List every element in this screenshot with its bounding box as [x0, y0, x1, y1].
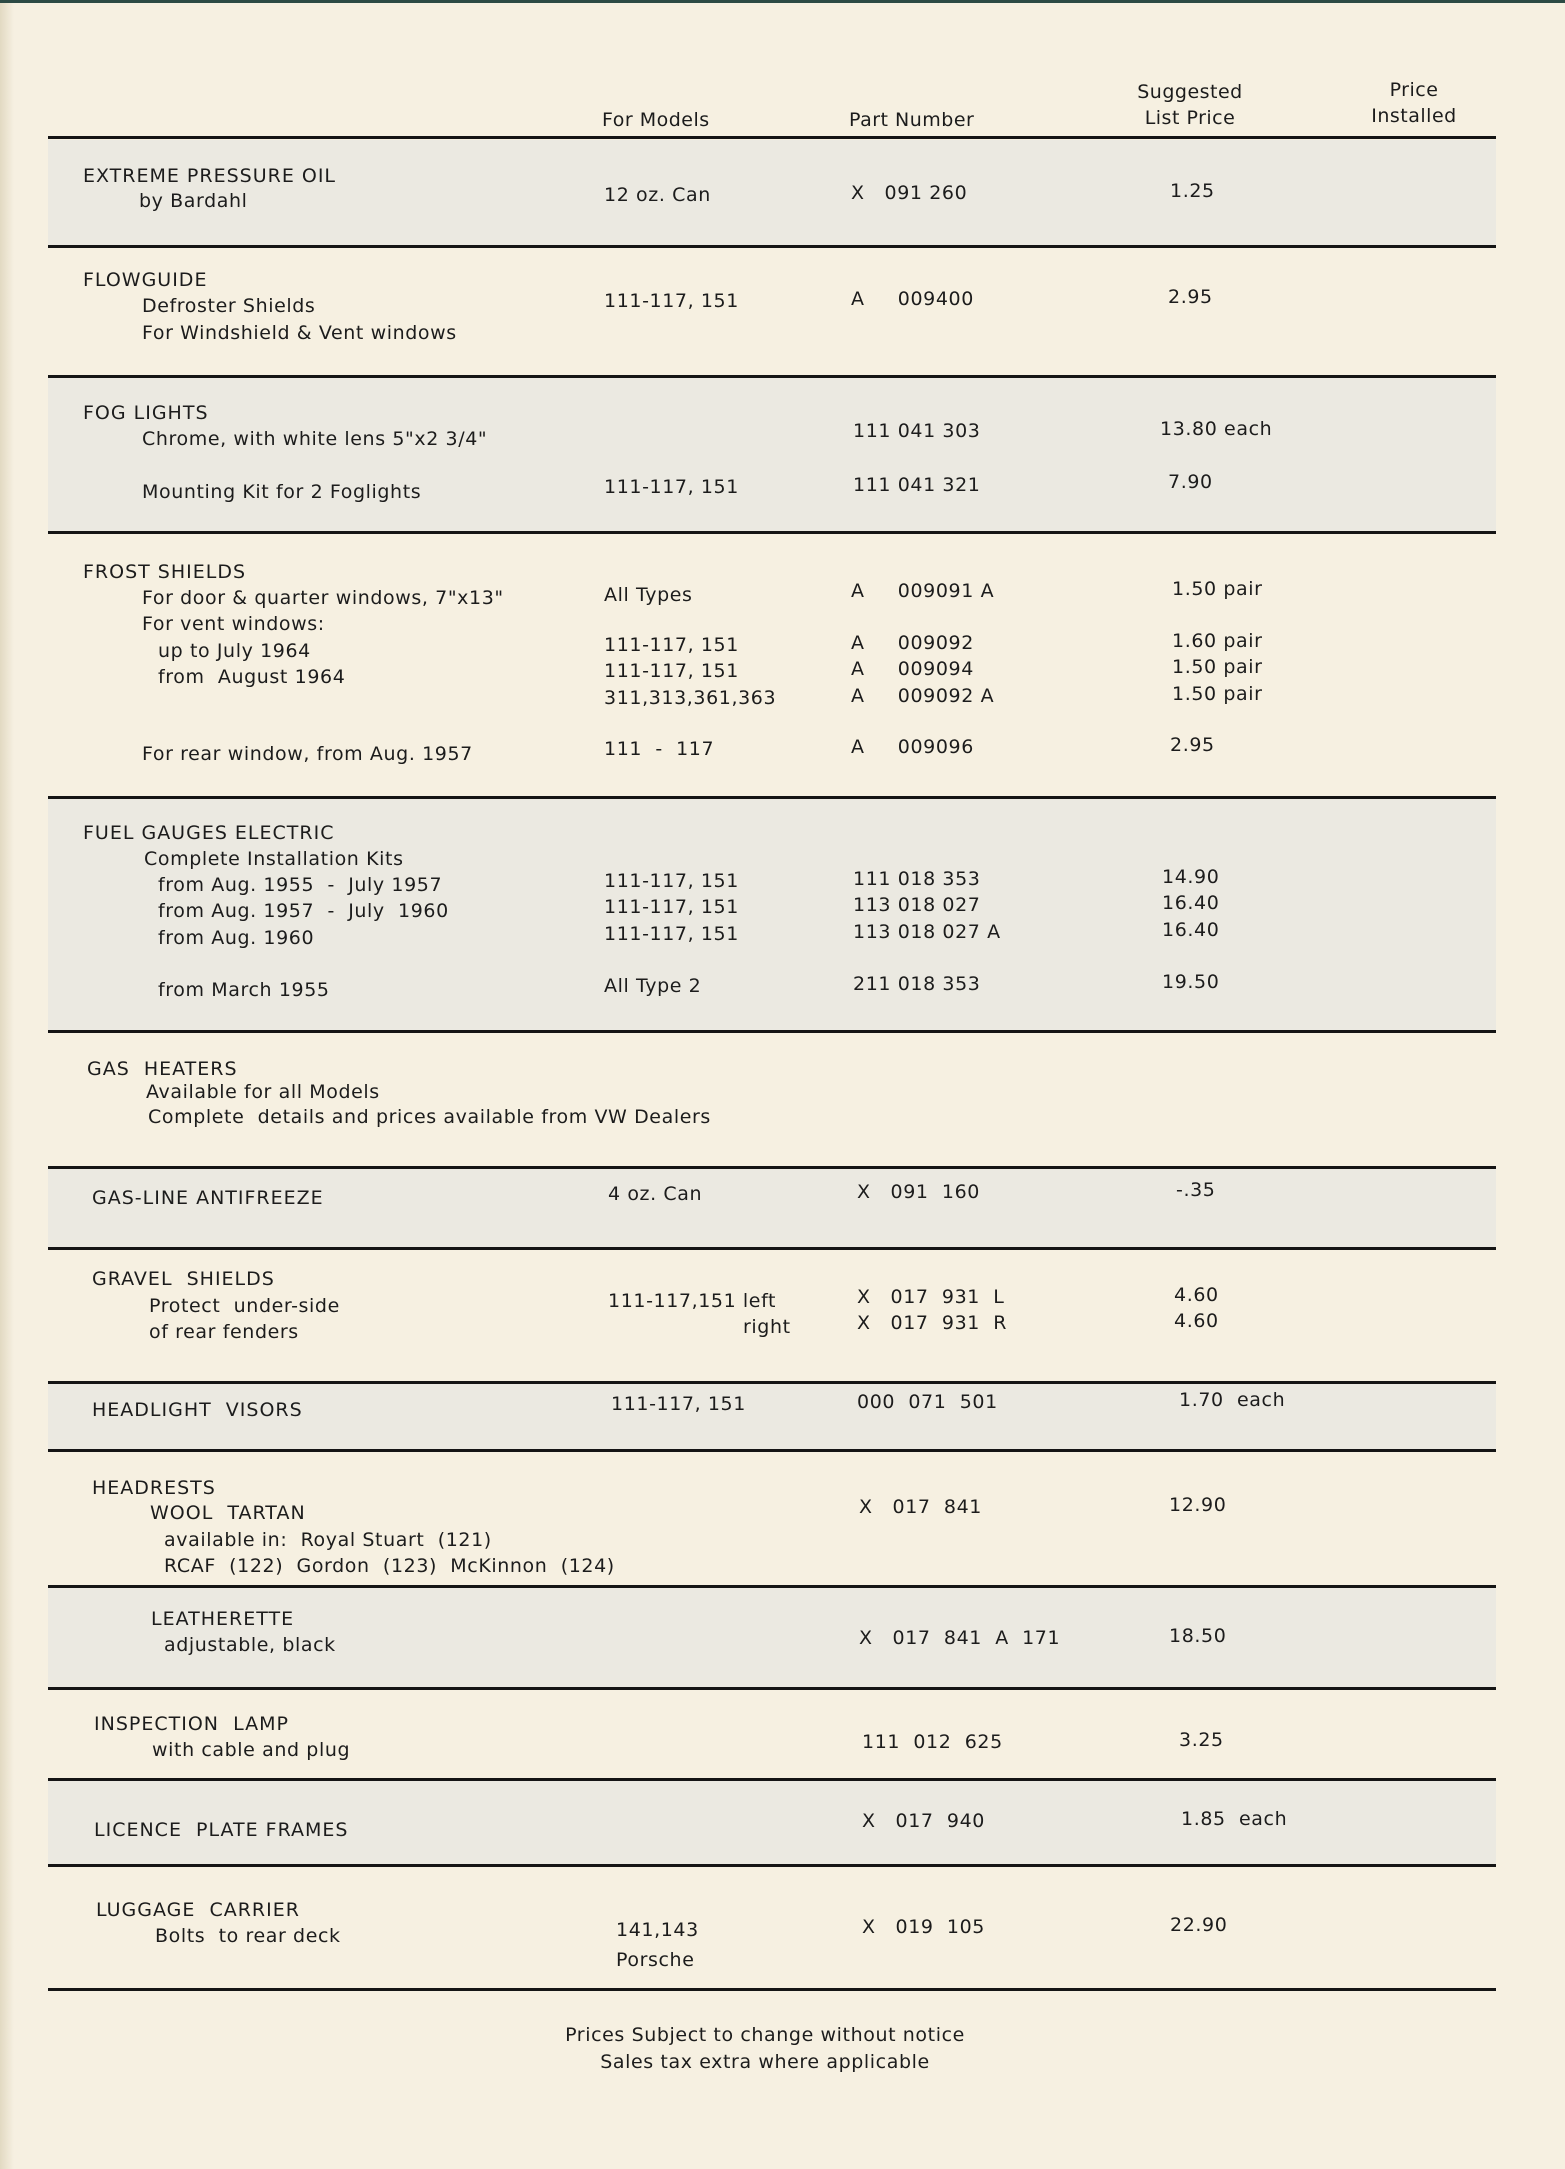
item-models: 111-117, 151 — [604, 658, 739, 684]
row-divider — [48, 1247, 1496, 1250]
item-part-number: X 017 841 A 171 — [859, 1625, 1060, 1651]
item-desc: adjustable, black — [164, 1632, 336, 1658]
column-header-suggested-list-price: Suggested List Price — [1130, 79, 1250, 131]
item-part-number: A 009092 A — [851, 683, 994, 709]
item-title: LUGGAGE CARRIER — [96, 1897, 300, 1923]
item-part-number: 000 071 501 — [857, 1389, 998, 1415]
item-models: 111-117, 151 — [604, 868, 739, 894]
item-desc: For Windshield & Vent windows — [142, 320, 457, 346]
item-price: 1.50 pair — [1172, 681, 1263, 707]
paper-top-edge — [0, 0, 1565, 3]
item-title: GRAVEL SHIELDS — [92, 1266, 275, 1292]
item-price: 1.70 each — [1179, 1387, 1285, 1413]
header-line: Suggested — [1130, 79, 1250, 105]
item-models: Porsche — [616, 1947, 695, 1973]
item-title: LICENCE PLATE FRAMES — [94, 1817, 349, 1843]
row-divider — [48, 1988, 1496, 1991]
header-rule — [48, 136, 1496, 139]
item-subtitle: WOOL TARTAN — [150, 1500, 306, 1526]
item-models: 111 - 117 — [604, 736, 714, 762]
item-price: 1.85 each — [1181, 1806, 1287, 1832]
item-desc: up to July 1964 — [158, 638, 311, 664]
item-desc: from Aug. 1957 - July 1960 — [158, 898, 449, 924]
item-models: 4 oz. Can — [608, 1181, 702, 1207]
item-part-number: X 019 105 — [862, 1914, 985, 1940]
item-price: 1.50 pair — [1172, 576, 1263, 602]
item-desc: Protect under-side — [149, 1293, 340, 1319]
item-models: 111-117, 151 — [604, 921, 739, 947]
item-part-number: 111 018 353 — [853, 866, 980, 892]
row-divider — [48, 245, 1496, 248]
item-price: 12.90 — [1169, 1492, 1226, 1518]
item-price: 14.90 — [1162, 864, 1219, 890]
item-desc: Defroster Shields — [142, 293, 315, 319]
item-part-number: A 009092 — [851, 630, 974, 656]
item-part-number: 111 041 303 — [853, 418, 980, 444]
item-desc: RCAF (122) Gordon (123) McKinnon (124) — [164, 1553, 615, 1579]
item-price: 16.40 — [1162, 917, 1219, 943]
item-title: HEADLIGHT VISORS — [92, 1397, 303, 1423]
item-part-number: A 009400 — [851, 286, 974, 312]
item-part-number: A 009096 — [851, 734, 974, 760]
item-desc: from Aug. 1960 — [158, 925, 314, 951]
header-line: List Price — [1130, 105, 1250, 131]
row-divider — [48, 1687, 1496, 1690]
item-title: FROST SHIELDS — [83, 559, 246, 585]
item-models: 111-117,151 left — [608, 1288, 776, 1314]
item-part-number: X 017 931 R — [857, 1310, 1007, 1336]
item-title: FUEL GAUGES ELECTRIC — [83, 820, 334, 846]
item-models: 12 oz. Can — [604, 182, 711, 208]
header-line: Installed — [1364, 103, 1464, 129]
item-price: 19.50 — [1162, 969, 1219, 995]
row-divider — [48, 1166, 1496, 1169]
item-models: 111-117, 151 — [611, 1391, 746, 1417]
item-price: 4.60 — [1174, 1282, 1219, 1308]
item-price: 1.60 pair — [1172, 628, 1263, 654]
item-part-number: X 091 260 — [851, 180, 967, 206]
item-desc: Complete details and prices available fr… — [148, 1104, 711, 1130]
item-models: 111-117, 151 — [604, 632, 739, 658]
item-desc: of rear fenders — [149, 1319, 299, 1345]
item-part-number: 111 041 321 — [853, 472, 980, 498]
item-price: 3.25 — [1179, 1727, 1224, 1753]
row-band-extreme-pressure-oil — [48, 140, 1496, 246]
column-header-part-number: Part Number — [849, 107, 974, 133]
item-title: LEATHERETTE — [151, 1606, 294, 1632]
item-title: GAS-LINE ANTIFREEZE — [92, 1185, 324, 1211]
item-desc: Available for all Models — [146, 1079, 380, 1105]
row-divider — [48, 1864, 1496, 1867]
row-band-fog-lights — [48, 377, 1496, 532]
row-divider — [48, 1778, 1496, 1781]
item-desc: For vent windows: — [142, 611, 325, 637]
item-price: 2.95 — [1170, 732, 1215, 758]
item-desc: Chrome, with white lens 5"x2 3/4" — [142, 426, 487, 452]
item-price: 16.40 — [1162, 890, 1219, 916]
item-price: 4.60 — [1174, 1308, 1219, 1334]
item-part-number: 113 018 027 A — [853, 919, 1001, 945]
item-part-number: X 017 931 L — [857, 1284, 1004, 1310]
column-header-for-models: For Models — [602, 107, 710, 133]
footer-note: Prices Subject to change without notice — [0, 2022, 1530, 2049]
item-part-number: 113 018 027 — [853, 892, 980, 918]
item-desc: by Bardahl — [139, 188, 248, 214]
row-divider — [48, 1030, 1496, 1033]
item-desc: from August 1964 — [158, 664, 345, 690]
item-price: 2.95 — [1168, 284, 1213, 310]
item-part-number: A 009094 — [851, 656, 974, 682]
item-desc: Mounting Kit for 2 Foglights — [142, 479, 421, 505]
item-price: 13.80 each — [1160, 416, 1272, 442]
header-line: Price — [1364, 77, 1464, 103]
item-models: 141,143 — [616, 1917, 699, 1943]
item-desc: available in: Royal Stuart (121) — [164, 1527, 492, 1553]
item-part-number: X 091 160 — [857, 1179, 980, 1205]
item-price: 7.90 — [1168, 469, 1213, 495]
item-price: 18.50 — [1169, 1623, 1226, 1649]
item-models: All Type 2 — [604, 973, 701, 999]
item-title: INSPECTION LAMP — [94, 1711, 289, 1737]
item-desc: from March 1955 — [158, 977, 330, 1003]
paper-left-edge — [0, 0, 14, 2169]
item-title: FLOWGUIDE — [83, 267, 207, 293]
row-divider — [48, 531, 1496, 534]
row-divider — [48, 375, 1496, 378]
row-divider — [48, 1585, 1496, 1588]
item-price: 22.90 — [1170, 1912, 1227, 1938]
item-desc: from Aug. 1955 - July 1957 — [158, 872, 442, 898]
item-desc: Bolts to rear deck — [155, 1923, 341, 1949]
item-part-number: A 009091 A — [851, 578, 994, 604]
item-title: EXTREME PRESSURE OIL — [83, 163, 336, 189]
item-desc: For rear window, from Aug. 1957 — [142, 741, 473, 767]
item-part-number: 111 012 625 — [862, 1729, 1003, 1755]
row-divider — [48, 1449, 1496, 1452]
item-title: HEADRESTS — [92, 1475, 216, 1501]
item-price: 1.50 pair — [1172, 654, 1263, 680]
item-price: -.35 — [1176, 1177, 1215, 1203]
item-part-number: X 017 841 — [859, 1494, 982, 1520]
item-models: All Types — [604, 582, 693, 608]
item-models: 111-117, 151 — [604, 288, 739, 314]
item-models: right — [743, 1314, 791, 1340]
item-title: FOG LIGHTS — [83, 400, 209, 426]
item-part-number: 211 018 353 — [853, 971, 980, 997]
item-price: 1.25 — [1170, 178, 1215, 204]
footer-note: Sales tax extra where applicable — [0, 2049, 1530, 2076]
column-header-price-installed: Price Installed — [1364, 77, 1464, 129]
item-desc: Complete Installation Kits — [144, 846, 404, 872]
item-part-number: X 017 940 — [862, 1808, 985, 1834]
item-models: 111-117, 151 — [604, 894, 739, 920]
item-desc: with cable and plug — [152, 1737, 350, 1763]
item-models: 111-117, 151 — [604, 474, 739, 500]
row-divider — [48, 796, 1496, 799]
item-models: 311,313,361,363 — [604, 685, 776, 711]
row-divider — [48, 1381, 1496, 1384]
item-desc: For door & quarter windows, 7"x13" — [142, 585, 504, 611]
